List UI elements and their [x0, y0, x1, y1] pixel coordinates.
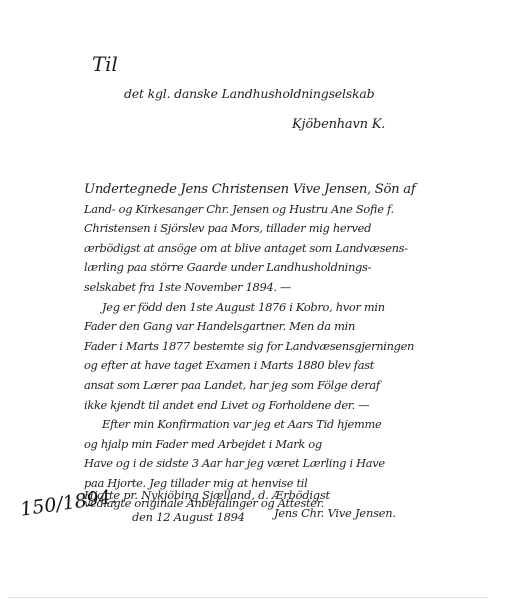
body-line: Have og i de sidste 3 Aar har jeg været … [84, 454, 464, 474]
signature: Jens Chr. Vive Jensen. [274, 506, 396, 520]
letter-page: Til det kgl. danske Landhusholdningselsk… [0, 0, 518, 600]
body-line: Fader i Marts 1877 bestemte sig for Land… [84, 337, 464, 357]
closing-place: Hjorte pr. Nykjöbing Sjælland, d. Ærbödi… [84, 488, 330, 502]
salutation: Til [92, 52, 118, 76]
closing-date: den 12 August 1894 [132, 510, 245, 524]
body-line: og efter at have taget Examen i Marts 18… [84, 356, 464, 376]
body-line: Christensen i Sjörslev paa Mors, tillade… [84, 219, 464, 239]
body-line: Jeg er född den 1ste August 1876 i Kobro… [84, 298, 464, 318]
recipient-city: Kjöbenhavn K. [292, 117, 385, 132]
letter-body: Undertegnede Jens Christensen Vive Jense… [84, 180, 464, 513]
body-line: lærling paa större Gaarde under Landhush… [84, 258, 464, 278]
page-edge-divider [8, 597, 488, 598]
body-line: Undertegnede Jens Christensen Vive Jense… [84, 180, 464, 200]
body-line: ærbödigst at ansöge om at blive antaget … [84, 239, 464, 259]
body-line: Land- og Kirkesanger Chr. Jensen og Hust… [84, 200, 464, 220]
body-line: og hjalp min Fader med Arbejdet i Mark o… [84, 435, 464, 455]
body-line: ikke kjendt til andet end Livet og Forho… [84, 396, 464, 416]
body-line: Fader den Gang var Handelsgartner. Men d… [84, 317, 464, 337]
body-line: selskabet fra 1ste November 1894. — [84, 278, 464, 298]
recipient-line: det kgl. danske Landhusholdningselskab [124, 86, 374, 101]
body-line: Efter min Konfirmation var jeg et Aars T… [84, 415, 464, 435]
body-line: ansat som Lærer paa Landet, har jeg som … [84, 376, 464, 396]
